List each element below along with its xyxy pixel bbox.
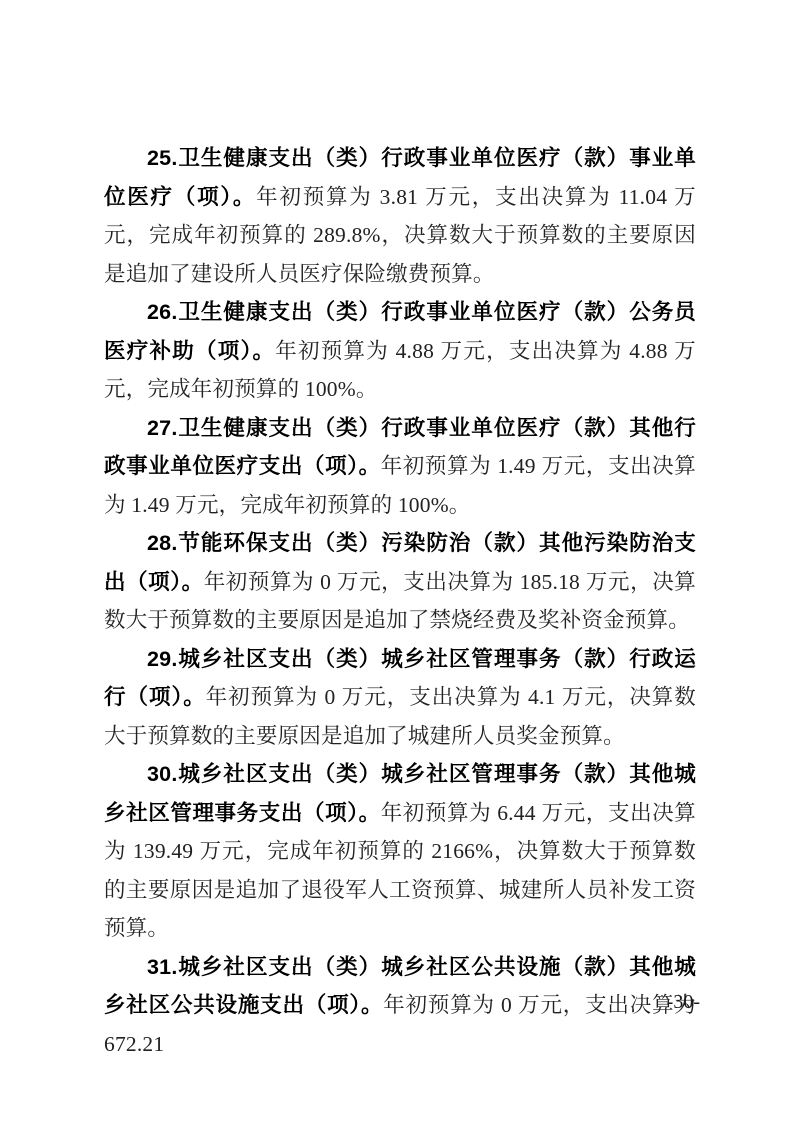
document-body: 25.卫生健康支出（类）行政事业单位医疗（款）事业单位医疗（项）。年初预算为 3… [104,139,696,1063]
paragraph-item-28: 28.节能环保支出（类）污染防治（款）其他污染防治支出（项）。年初预算为 0 万… [104,524,696,640]
paragraph-item-27: 27.卫生健康支出（类）行政事业单位医疗（款）其他行政事业单位医疗支出（项）。年… [104,409,696,525]
paragraph-item-25: 25.卫生健康支出（类）行政事业单位医疗（款）事业单位医疗（项）。年初预算为 3… [104,139,696,293]
document-page: 25.卫生健康支出（类）行政事业单位医疗（款）事业单位医疗（项）。年初预算为 3… [0,0,793,1122]
page-number: -30- [667,988,700,1016]
paragraph-item-29: 29.城乡社区支出（类）城乡社区管理事务（款）行政运行（项）。年初预算为 0 万… [104,640,696,756]
paragraph-item-26: 26.卫生健康支出（类）行政事业单位医疗（款）公务员医疗补助（项）。年初预算为 … [104,293,696,409]
paragraph-item-30: 30.城乡社区支出（类）城乡社区管理事务（款）其他城乡社区管理事务支出（项）。年… [104,755,696,948]
paragraph-item-31: 31.城乡社区支出（类）城乡社区公共设施（款）其他城乡社区公共设施支出（项）。年… [104,948,696,1064]
